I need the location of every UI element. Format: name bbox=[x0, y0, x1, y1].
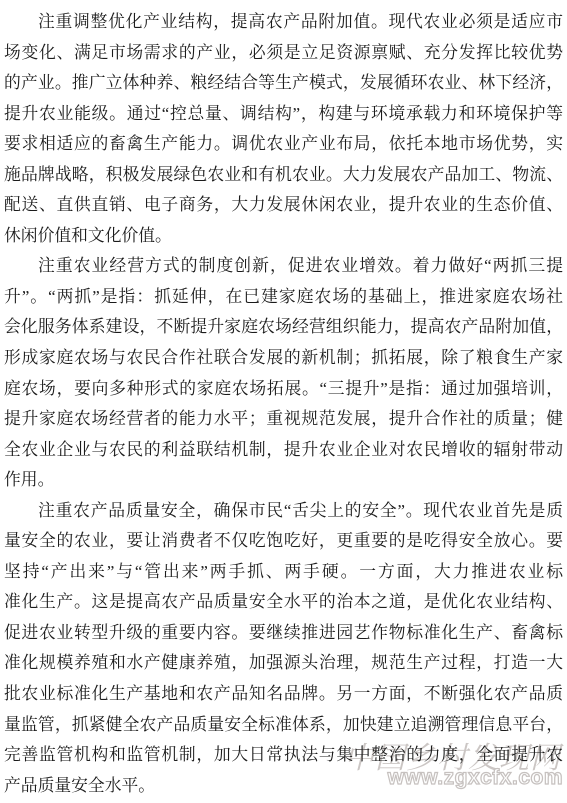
text-line: 形成家庭农场与农民合作社联合发展的新机制；抓拓展，除了粮食生产家 bbox=[4, 343, 563, 374]
text-line: 促进农业转型升级的重要内容。要继续推进园艺作物标准化生产、畜禽标 bbox=[4, 618, 563, 649]
text-line: 会化服务体系建设，不断提升家庭农场经营组织能力，提高农产品附加值， bbox=[4, 312, 563, 343]
text-line: 场变化、满足市场需求的产业，必须是立足资源禀赋、充分发挥比较优势 bbox=[4, 38, 563, 69]
text-line: 完善监管机构和监管机制，加大日常执法与集中整治的力度，全面提升农 bbox=[4, 740, 563, 771]
text-line: 注重农业经营方式的制度创新，促进农业增效。着力做好“两抓三提 bbox=[4, 251, 563, 282]
text-line: 提升农业能级。通过“控总量、调结构”，构建与环境承载力和环境保护等 bbox=[4, 99, 563, 130]
text-line: 配送、直供直销、电子商务，大力发展休闲农业，提升农业的生态价值、 bbox=[4, 190, 563, 221]
document-page: 中国乡村发现网 www.zgxcfx.com 注重调整优化产业结构，提高农产品附… bbox=[0, 0, 567, 803]
text-line: 作用。 bbox=[4, 465, 563, 496]
text-line: 量监管，抓紧健全农产品质量安全标准体系，加快建立追溯管理信息平台， bbox=[4, 710, 563, 741]
text-line: 注重农产品质量安全，确保市民“舌尖上的安全”。现代农业首先是质 bbox=[4, 496, 563, 527]
text-line: 施品牌战略，积极发展绿色农业和有机农业。大力发展农产品加工、物流、 bbox=[4, 160, 563, 191]
text-line: 的产业。推广立体种养、粮经结合等生产模式，发展循环农业、林下经济， bbox=[4, 68, 563, 99]
text-line: 产品质量安全水平。 bbox=[4, 771, 563, 802]
text-line: 坚持“产出来”与“管出来”两手抓、两手硬。一方面，大力推进农业标 bbox=[4, 557, 563, 588]
text-line: 准化规模养殖和水产健康养殖，加强源头治理，规范生产过程，打造一大 bbox=[4, 648, 563, 679]
text-line: 全农业企业与农民的利益联结机制，提升农业企业对农民增收的辐射带动 bbox=[4, 435, 563, 466]
text-line: 庭农场，要向多种形式的家庭农场拓展。“三提升”是指：通过加强培训， bbox=[4, 374, 563, 405]
text-line: 要求相适应的畜禽生产能力。调优农业产业布局，依托本地市场优势，实 bbox=[4, 129, 563, 160]
text-line: 升”。“两抓”是指：抓延伸，在已建家庭农场的基础上，推进家庭农场社 bbox=[4, 282, 563, 313]
text-line: 量安全的农业，要让消费者不仅吃饱吃好，更重要的是吃得安全放心。要 bbox=[4, 526, 563, 557]
text-line: 休闲价值和文化价值。 bbox=[4, 221, 563, 252]
text-line: 提升家庭农场经营者的能力水平；重视规范发展，提升合作社的质量；健 bbox=[4, 404, 563, 435]
text-line: 注重调整优化产业结构，提高农产品附加值。现代农业必须是适应市 bbox=[4, 7, 563, 38]
document-body: 注重调整优化产业结构，提高农产品附加值。现代农业必须是适应市场变化、满足市场需求… bbox=[0, 0, 567, 801]
text-line: 批农业标准化生产基地和农产品知名品牌。另一方面，不断强化农产品质 bbox=[4, 679, 563, 710]
text-line: 准化生产。这是提高农产品质量安全水平的治本之道，是优化农业结构、 bbox=[4, 587, 563, 618]
